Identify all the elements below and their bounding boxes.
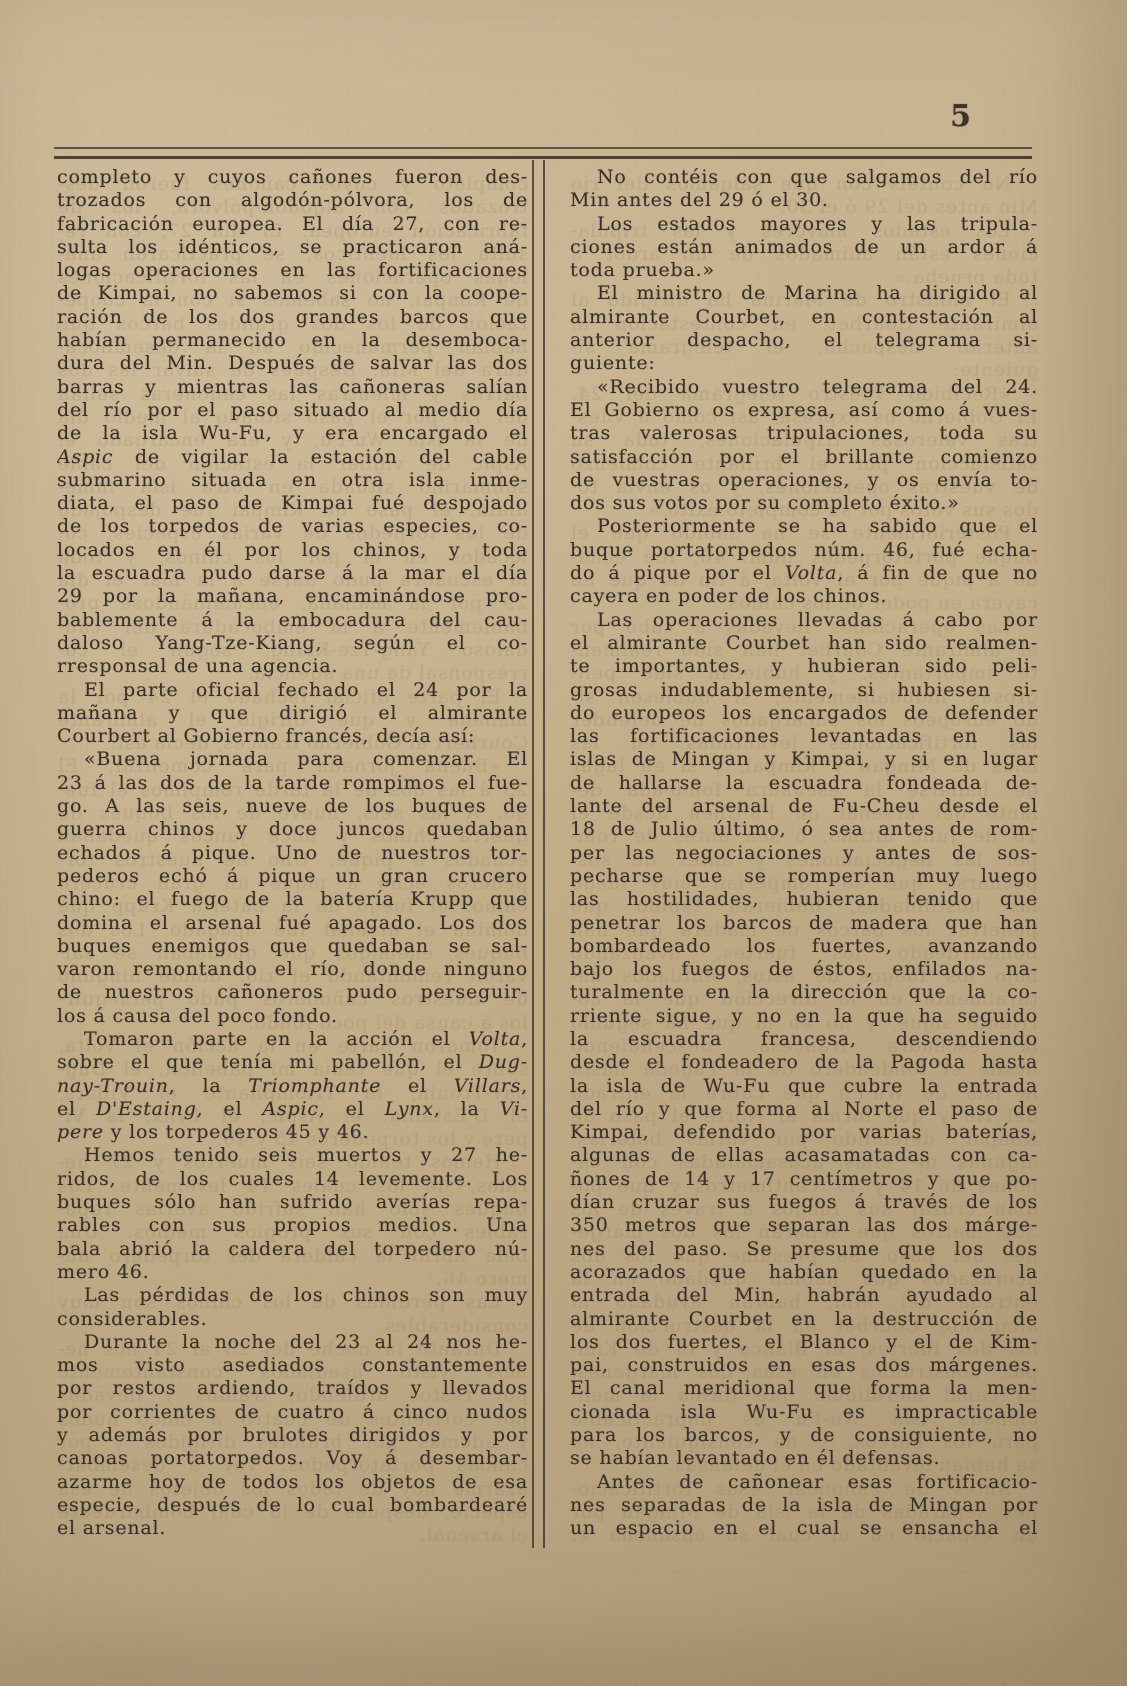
text-line: y además por brulotes dirigidos y por (57, 1424, 528, 1447)
text-line: Kimpai, defendido por varias baterías, (570, 1121, 1038, 1144)
text-line: locados en él por los chinos, y toda (57, 539, 528, 562)
left-column-text: completo y cuyos cañones fueron des-troz… (57, 166, 528, 1541)
text-line: fabricación europea. El día 27, con re- (57, 213, 528, 236)
text-line: especie, después de lo cual bombardearé (57, 1494, 528, 1517)
text-line: entrada del Min, habrán ayudado al (570, 1284, 1038, 1307)
text-line: un espacio en el cual se ensancha el (570, 1517, 1038, 1540)
text-line: dían cruzar sus fuegos á través de los (570, 1191, 1038, 1214)
text-line: Courbert al Gobierno francés, decía así: (57, 725, 528, 748)
text-line: rriente sigue, y no en la que ha seguido (570, 1005, 1038, 1028)
text-line: 350 metros que separan las dos márge- (570, 1214, 1038, 1237)
text-line: buque portatorpedos núm. 46, fué echa- (570, 539, 1038, 562)
text-line: grosas indudablemente, si hubiesen si- (570, 679, 1038, 702)
text-line: pecharse que se romperían muy luego (570, 865, 1038, 888)
text-line: 23 á las dos de la tarde rompimos el fue… (57, 772, 528, 795)
text-line: el arsenal. (57, 1517, 528, 1540)
text-line: tras valerosas tripulaciones, toda su (570, 422, 1038, 445)
text-line: se habían levantado en él defensas. (570, 1447, 1038, 1470)
text-line: algunas de ellas acasamatadas con ca- (570, 1144, 1038, 1167)
text-line: ñones de 14 y 17 centímetros y que po- (570, 1168, 1038, 1191)
text-line: la isla de Wu-Fu que cubre la entrada (570, 1075, 1038, 1098)
text-line: logas operaciones en las fortificaciones (57, 259, 528, 282)
text-line: acorazados que habían quedado en la (570, 1261, 1038, 1284)
text-line: del río y que forma al Norte el paso de (570, 1098, 1038, 1121)
text-line: por corrientes de cuatro á cinco nudos (57, 1401, 528, 1424)
text-line: bala abrió la caldera del torpedero nú- (57, 1238, 528, 1261)
text-line: bajo los fuegos de éstos, enfilados na- (570, 958, 1038, 981)
text-line: la escuadra pudo darse á la mar el día (57, 562, 528, 585)
text-line: Las pérdidas de los chinos son muy (57, 1284, 528, 1307)
text-line: daloso Yang-Tze-Kiang, según el co- (57, 632, 528, 655)
text-line: 29 por la mañana, encaminándose pro- (57, 585, 528, 608)
text-line: ración de los dos grandes barcos que (57, 306, 528, 329)
text-line: penetrar los barcos de madera que han (570, 912, 1038, 935)
text-line: de vuestras operaciones, y os envía to- (570, 469, 1038, 492)
text-line: mos visto asediados constantemente (57, 1354, 528, 1377)
text-line: dos sus votos por su completo éxito.» (570, 492, 1038, 515)
text-line: canoas portatorpedos. Voy á desembar- (57, 1447, 528, 1470)
text-line: 18 de Julio último, ó sea antes de rom- (570, 818, 1038, 841)
text-line: per las negociaciones y antes de sos- (570, 842, 1038, 865)
text-line: dura del Min. Después de salvar las dos (57, 352, 528, 375)
text-line: del río por el paso situado al medio día (57, 399, 528, 422)
text-line: echados á pique. Uno de nuestros tor- (57, 842, 528, 865)
text-line: almirante Courbet, en contestación al (570, 306, 1038, 329)
text-line: de hallarse la escuadra fondeada de- (570, 772, 1038, 795)
text-line: islas de Mingan y Kimpai, y si en lugar (570, 748, 1038, 771)
text-line: diata, el paso de Kimpai fué despojado (57, 492, 528, 515)
text-line: go. A las seis, nueve de los buques de (57, 795, 528, 818)
text-line: las fortificaciones levantadas en las (570, 725, 1038, 748)
text-line: «Recibido vuestro telegrama del 24. (570, 376, 1038, 399)
text-line: desde el fondeadero de la Pagoda hasta (570, 1051, 1038, 1074)
text-line: de la isla Wu-Fu, y era encargado el (57, 422, 528, 445)
text-line: rables con sus propios medios. Una (57, 1214, 528, 1237)
text-line: Hemos tenido seis muertos y 27 he- (57, 1144, 528, 1167)
text-line: nes separadas de la isla de Mingan por (570, 1494, 1038, 1517)
text-line: sobre el que tenía mi pabellón, el Dug- (57, 1051, 528, 1074)
text-line: para los barcos, y de consiguiente, no (570, 1424, 1038, 1447)
text-line: te importantes, y hubieran sido peli- (570, 655, 1038, 678)
text-line: pederos echó á pique un gran crucero (57, 865, 528, 888)
text-line: El canal meridional que forma la men- (570, 1377, 1038, 1400)
text-line: Durante la noche del 23 al 24 nos he- (57, 1331, 528, 1354)
text-line: el almirante Courbet han sido realmen- (570, 632, 1038, 655)
text-line: cayera en poder de los chinos. (570, 585, 1038, 608)
text-line: Antes de cañonear esas fortificacio- (570, 1471, 1038, 1494)
text-line: cionada isla Wu-Fu es impracticable (570, 1401, 1038, 1424)
text-line: do á pique por el Volta, á fin de que no (570, 562, 1038, 585)
text-line: guerra chinos y doce juncos quedaban (57, 818, 528, 841)
text-line: «Buena jornada para comenzar. El (57, 748, 528, 771)
text-line: de los torpedos de varias especies, co- (57, 515, 528, 538)
text-line: Min antes del 29 ó el 30. (570, 189, 1038, 212)
text-line: nes del paso. Se presume que los dos (570, 1238, 1038, 1261)
column-divider-rule (532, 160, 545, 1548)
text-line: completo y cuyos cañones fueron des- (57, 166, 528, 189)
text-line: do europeos los encargados de defender (570, 702, 1038, 725)
text-line: pai, construidos en esas dos márgenes. (570, 1354, 1038, 1377)
text-line: considerables. (57, 1308, 528, 1331)
text-line: buques sólo han sufrido averías repa- (57, 1191, 528, 1214)
text-line: turalmente en la dirección que la co- (570, 981, 1038, 1004)
text-line: la escuadra francesa, descendiendo (570, 1028, 1038, 1051)
text-line: varon remontando el río, donde ninguno (57, 958, 528, 981)
text-line: ciones están animados de un ardor á (570, 236, 1038, 259)
text-line: azarme hoy de todos los objetos de esa (57, 1471, 528, 1494)
text-line: No contéis con que salgamos del río (570, 166, 1038, 189)
text-line: pere y los torpederos 45 y 46. (57, 1121, 528, 1144)
text-line: nay-Trouin, la Triomphante el Villars, (57, 1075, 528, 1098)
text-line: domina el arsenal fué apagado. Los dos (57, 912, 528, 935)
text-line: Tomaron parte en la acción el Volta, (57, 1028, 528, 1051)
text-line: mero 46. (57, 1261, 528, 1284)
text-line: buques enemigos que quedaban se sal- (57, 935, 528, 958)
text-line: trozados con algodón-pólvora, los de (57, 189, 528, 212)
text-line: sulta los idénticos, se practicaron aná- (57, 236, 528, 259)
text-line: Posteriormente se ha sabido que el (570, 515, 1038, 538)
text-line: anterior despacho, el telegrama si- (570, 329, 1038, 352)
scanned-newspaper-page: 5 completo y cuyos cañones fueron des-tr… (0, 0, 1127, 1686)
text-line: por restos ardiendo, traídos y llevados (57, 1377, 528, 1400)
text-line: almirante Courbet en la destrucción de (570, 1308, 1038, 1331)
text-line: las hostilidades, hubieran tenido que (570, 888, 1038, 911)
text-line: Los estados mayores y las tripula- (570, 213, 1038, 236)
text-line: El Gobierno os expresa, así como á vues- (570, 399, 1038, 422)
text-line: barras y mientras las cañoneras salían (57, 376, 528, 399)
text-line: el D'Estaing, el Aspic, el Lynx, la Vi- (57, 1098, 528, 1121)
text-line: chino: el fuego de la batería Krupp que (57, 888, 528, 911)
right-column-text: No contéis con que salgamos del ríoMin a… (570, 166, 1038, 1541)
text-line: toda prueba.» (570, 259, 1038, 282)
text-line: bombardeado los fuertes, avanzando (570, 935, 1038, 958)
text-line: satisfacción por el brillante comienzo (570, 446, 1038, 469)
text-line: bablemente á la embocadura del cau- (57, 609, 528, 632)
header-double-rule (54, 147, 1032, 159)
text-line: El ministro de Marina ha dirigido al (570, 282, 1038, 305)
page-number: 5 (938, 99, 984, 134)
text-line: los dos fuertes, el Blanco y el de Kim- (570, 1331, 1038, 1354)
text-line: ridos, de los cuales 14 levemente. Los (57, 1168, 528, 1191)
text-line: Aspic de vigilar la estación del cable (57, 446, 528, 469)
text-line: de nuestros cañoneros pudo perseguir- (57, 981, 528, 1004)
left-text-column: completo y cuyos cañones fueron des-troz… (57, 166, 528, 1541)
text-line: Las operaciones llevadas á cabo por (570, 609, 1038, 632)
text-line: mañana y que dirigió el almirante (57, 702, 528, 725)
text-line: lante del arsenal de Fu-Cheu desde el (570, 795, 1038, 818)
right-text-column: No contéis con que salgamos del ríoMin a… (570, 166, 1038, 1541)
text-line: los á causa del poco fondo. (57, 1005, 528, 1028)
text-line: de Kimpai, no sabemos si con la coope- (57, 282, 528, 305)
text-line: habían permanecido en la desemboca- (57, 329, 528, 352)
text-line: El parte oficial fechado el 24 por la (57, 679, 528, 702)
text-line: rresponsal de una agencia. (57, 655, 528, 678)
text-line: guiente: (570, 352, 1038, 375)
text-line: submarino situada en otra isla inme- (57, 469, 528, 492)
